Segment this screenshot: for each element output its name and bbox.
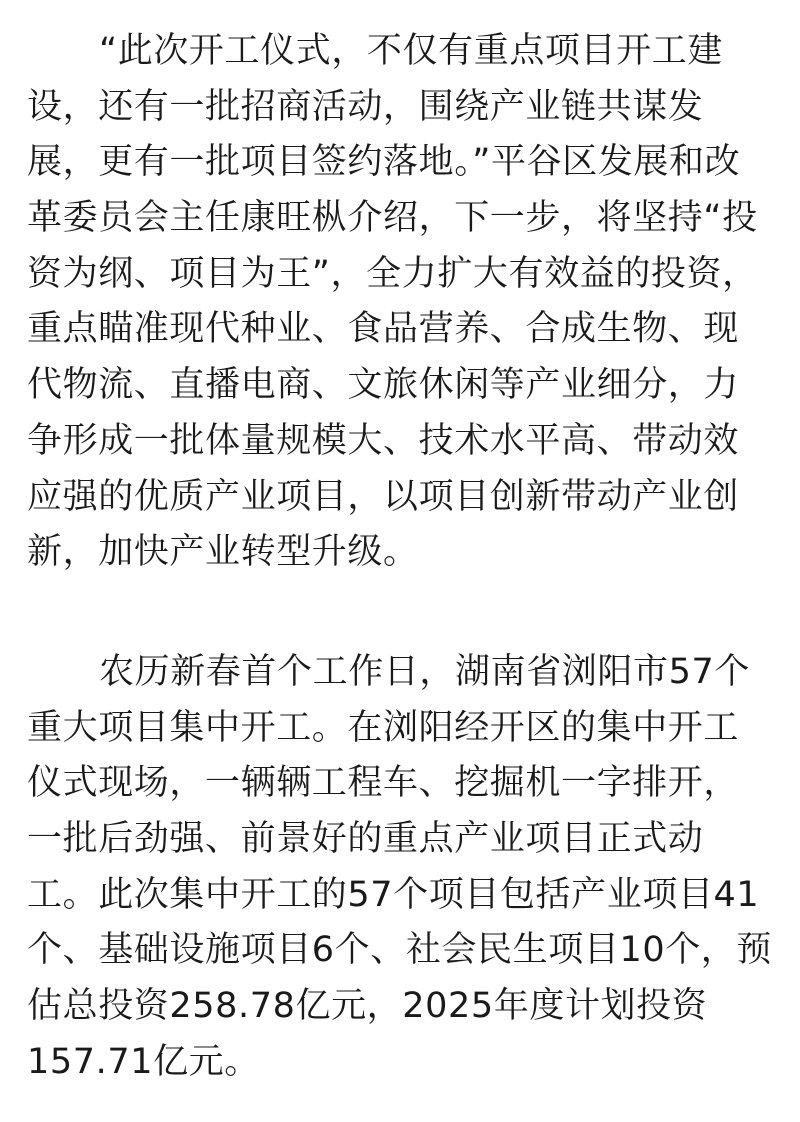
text-line: 革委员会主任康旺枞介绍，下一步，将坚持“投 — [27, 191, 758, 247]
text-line: 工。此次集中开工的57个项目包括产业项目41 — [27, 868, 772, 924]
text-line: 重大项目集中开工。在浏阳经开区的集中开工 — [27, 701, 772, 757]
paragraph-1: “此次开工仪式，不仅有重点项目开工建 设，还有一批招商活动，围绕产业链共谋发 展… — [27, 24, 758, 581]
text-line: 展，更有一批项目签约落地。”平谷区发展和改 — [27, 135, 758, 191]
text-line: 应强的优质产业项目，以项目创新带动产业创 — [27, 470, 758, 526]
text-line: 一批后劲强、前景好的重点产业项目正式动 — [27, 812, 772, 868]
text-line: 估总投资258.78亿元，2025年度计划投资 — [27, 979, 772, 1035]
text-line: 仪式现场，一辆辆工程车、挖掘机一字排开， — [27, 756, 772, 812]
text-line: 新，加快产业转型升级。 — [27, 525, 758, 581]
text-line: 农历新春首个工作日，湖南省浏阳市57个 — [27, 645, 772, 701]
text-line: 157.71亿元。 — [27, 1035, 772, 1091]
text-line: 代物流、直播电商、文旅休闲等产业细分，力 — [27, 358, 758, 414]
paragraph-2: 农历新春首个工作日，湖南省浏阳市57个 重大项目集中开工。在浏阳经开区的集中开工… — [27, 645, 772, 1091]
text-line: “此次开工仪式，不仅有重点项目开工建 — [27, 24, 758, 80]
text-line: 重点瞄准现代种业、食品营养、合成生物、现 — [27, 302, 758, 358]
text-line: 个、基础设施项目6个、社会民生项目10个，预 — [27, 923, 772, 979]
text-line: 设，还有一批招商活动，围绕产业链共谋发 — [27, 80, 758, 136]
text-line: 争形成一批体量规模大、技术水平高、带动效 — [27, 414, 758, 470]
text-line: 资为纲、项目为王”，全力扩大有效益的投资， — [27, 247, 758, 303]
